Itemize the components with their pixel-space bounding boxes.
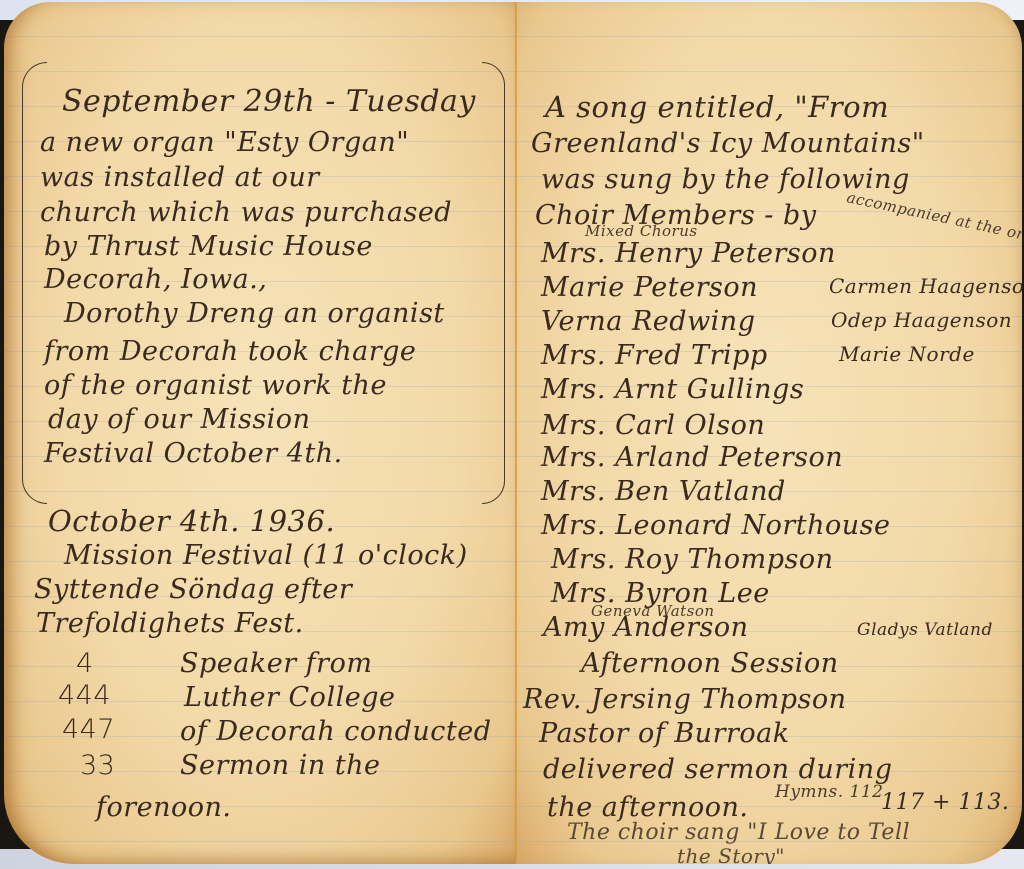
entry1-line: a new organ "Esty Organ" [40,127,409,158]
entry2-line: Trefoldighets Fest. [36,608,304,639]
entry1-line: of the organist work the [44,370,387,401]
hymn-number: 4 [76,648,94,679]
entry2-heading: October 4th. 1936. [48,504,335,538]
choir-member: Mrs. Arland Peterson [541,442,843,473]
choir-member: Amy Anderson [543,612,749,643]
choir-member: Mrs. Ben Vatland [541,476,786,507]
song-line: A song entitled, "From [545,90,889,124]
right-page: A song entitled, "From Greenland's Icy M… [517,2,1022,864]
entry2-line: Mission Festival (11 o'clock) [64,540,468,571]
choir-member: Mrs. Carl Olson [541,410,765,441]
entry1-line: Decorah, Iowa., [44,264,267,295]
hymns-more: 117 + 113. [881,790,1009,815]
afternoon-heading: Afternoon Session [581,648,839,679]
hymn-number: 444 [58,680,111,711]
choir-song-line: the Story" [677,844,785,864]
choir-member: Verna Redwing [541,306,755,337]
side-name: Odep Haagenson [831,308,1012,332]
entry2-body-line: forenoon. [96,792,232,823]
choir-member: Mrs. Arnt Gullings [541,374,804,405]
entry2-line: Syttende Söndag efter [34,574,352,605]
choir-member: Mrs. Roy Thompson [551,544,834,575]
left-page: September 29th - Tuesday a new organ "Es… [4,2,517,864]
hymns-label: Hymns. 112 [775,782,883,802]
choir-member: Mrs. Henry Peterson [541,238,836,269]
entry1-line: Festival October 4th. [44,438,343,469]
side-name: Marie Norde [839,342,975,366]
entry1-line: September 29th - Tuesday [62,84,476,119]
entry1-line: was installed at our [40,162,320,193]
notebook-spread: September 29th - Tuesday a new organ "Es… [4,2,1022,864]
entry2-body-line: of Decorah conducted [180,716,491,747]
right-bracket [482,62,505,504]
afternoon-line: delivered sermon during [543,754,892,785]
choir-member: Mrs. Leonard Northouse [541,510,891,541]
entry1-line: Dorothy Dreng an organist [64,298,445,329]
entry1-line: church which was purchased [40,197,452,228]
song-line: Greenland's Icy Mountains" [531,128,925,159]
hymn-number: 447 [62,714,115,745]
side-name: Gladys Vatland [857,620,993,640]
choir-member: Mrs. Fred Tripp [541,340,768,371]
side-name: Carmen Haagenson [829,274,1022,298]
entry2-body-line: Luther College [184,682,395,713]
choir-song-line: The choir sang "I Love to Tell [567,820,910,845]
entry1-line: day of our Mission [48,404,310,435]
hymn-number: 33 [80,750,115,781]
entry2-body-line: Speaker from [180,648,372,679]
afternoon-line: Pastor of Burroak [539,718,790,749]
afternoon-line: the afternoon. [547,792,749,823]
entry1-line: from Decorah took charge [44,336,416,367]
entry1-line: by Thrust Music House [44,231,373,262]
entry2-body-line: Sermon in the [180,750,381,781]
choir-member: Marie Peterson [541,272,758,303]
afternoon-line: Rev. Jersing Thompson [523,684,847,715]
